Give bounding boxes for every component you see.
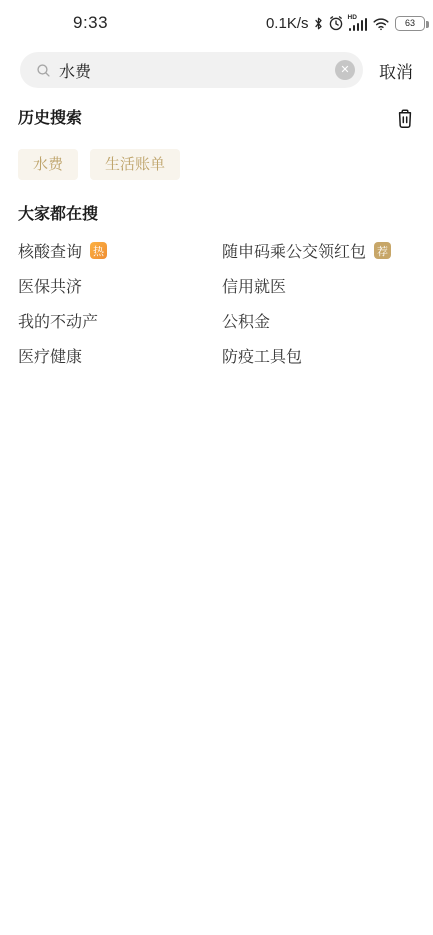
status-bar: 9:33 0.1K/s HD <box>0 0 433 40</box>
trending-item[interactable]: 核酸查询 热 <box>18 241 222 260</box>
search-field[interactable]: ✕ <box>20 52 363 88</box>
battery-percent: 63 <box>405 18 415 28</box>
trending-item[interactable]: 防疫工具包 <box>222 346 415 365</box>
trending-list: 核酸查询 热 随申码乘公交领红包 荐 医保共济 信用就医 我的不动产 公积金 医… <box>18 241 415 365</box>
history-tags: 水费 生活账单 <box>18 149 415 180</box>
trending-item-label: 公积金 <box>222 309 270 332</box>
hot-badge: 热 <box>90 242 107 259</box>
trending-item-label: 随申码乘公交领红包 <box>222 239 366 262</box>
trending-item[interactable]: 我的不动产 <box>18 311 222 330</box>
trending-item-label: 医保共济 <box>18 274 82 297</box>
search-bar-row: ✕ 取消 <box>0 40 433 88</box>
search-page: 9:33 0.1K/s HD <box>0 0 433 935</box>
trash-icon[interactable] <box>395 108 415 130</box>
trending-item[interactable]: 随申码乘公交领红包 荐 <box>222 241 415 260</box>
trending-item[interactable]: 医疗健康 <box>18 346 222 365</box>
trending-item-label: 医疗健康 <box>18 344 82 367</box>
trending-item[interactable]: 信用就医 <box>222 276 415 295</box>
search-input[interactable] <box>59 61 335 79</box>
hd-label: HD <box>348 14 357 21</box>
signal-icon: HD <box>349 16 368 31</box>
trending-item[interactable]: 公积金 <box>222 311 415 330</box>
clear-icon[interactable]: ✕ <box>335 60 355 80</box>
trending-item-label: 信用就医 <box>222 274 286 297</box>
recommend-badge: 荐 <box>374 242 391 259</box>
wifi-icon <box>372 16 390 31</box>
alarm-icon <box>328 15 344 31</box>
bluetooth-icon <box>314 16 323 31</box>
status-icons: 0.1K/s HD <box>266 15 425 32</box>
trending-title: 大家都在搜 <box>18 204 98 226</box>
cancel-button[interactable]: 取消 <box>379 58 413 83</box>
trending-section: 大家都在搜 核酸查询 热 随申码乘公交领红包 荐 医保共济 信用就医 我的不动产… <box>0 204 433 365</box>
trending-item-label: 我的不动产 <box>18 309 98 332</box>
history-title: 历史搜索 <box>18 108 82 130</box>
history-section: 历史搜索 水费 生活账单 <box>0 108 433 180</box>
search-icon <box>36 63 51 78</box>
history-tag[interactable]: 生活账单 <box>90 149 180 180</box>
clock-time: 9:33 <box>73 13 108 33</box>
battery-icon: 63 <box>395 16 425 31</box>
trending-item[interactable]: 医保共济 <box>18 276 222 295</box>
trending-item-label: 核酸查询 <box>18 239 82 262</box>
history-tag[interactable]: 水费 <box>18 149 78 180</box>
network-speed: 0.1K/s <box>266 15 309 32</box>
trending-item-label: 防疫工具包 <box>222 344 302 367</box>
